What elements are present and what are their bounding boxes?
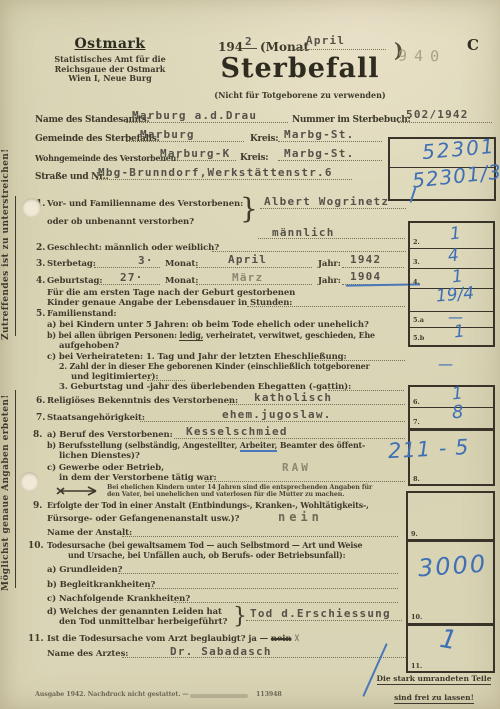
field-kreis1-label: Kreis:	[250, 134, 278, 144]
item5-no: 5.	[36, 309, 45, 319]
geburtstag-monat-typed: März	[232, 271, 263, 284]
agency-title: Ostmark	[26, 36, 194, 52]
line	[247, 306, 405, 307]
nationality-typed: ehem.jugoslaw.	[222, 408, 332, 421]
margin-rule-bottom	[15, 390, 16, 588]
item8-b2: lichen Dienstes)?	[59, 451, 140, 461]
form-title: Sterbefall	[205, 53, 395, 84]
arrow-note-line2: den Vater, bei unehelichen und vaterlose…	[107, 491, 344, 498]
item9-line2: Fürsorge- oder Gefangenenanstalt usw.)?	[47, 514, 239, 524]
line	[212, 251, 406, 252]
line	[260, 208, 406, 209]
line	[196, 284, 312, 285]
answer-box-6-7: 6. 7. 1 8	[408, 385, 495, 430]
box4-label: 4.	[413, 278, 420, 286]
line	[126, 122, 288, 123]
line	[118, 573, 398, 574]
line	[174, 602, 398, 603]
margin-note-bottom: Möglichst genaue Angaben erbeten!	[1, 386, 11, 591]
item10-d1: d) Welches der genannten Leiden hat	[47, 607, 222, 617]
line	[126, 141, 244, 142]
box-divider	[410, 327, 493, 328]
item8-b: b) Berufsstellung (selbständig, Angestel…	[47, 441, 365, 450]
box8-label: 8.	[413, 475, 420, 483]
item5-label: Familienstand:	[47, 309, 116, 319]
arrow-icon	[55, 485, 103, 497]
anstalt-answer-typed: nein	[278, 510, 323, 524]
item10-brace: }	[233, 604, 247, 629]
form-subtitle: (Nicht für Totgeborene zu verwenden)	[193, 90, 407, 100]
punch-hole-bottom	[20, 472, 39, 491]
box7-label: 7.	[413, 418, 420, 426]
line	[205, 481, 405, 482]
field-strasse-value: Mbg-Brunndorf,Werkstättenstr.6	[98, 166, 333, 179]
item10-b: b) Begleitkrankheiten?	[47, 580, 155, 590]
field-wohngemeinde-label: Wohngemeinde des Verstorbenen:	[35, 153, 179, 163]
monat-label: (Monat	[260, 40, 309, 54]
box8-value: 211 - 5	[387, 435, 470, 463]
box5a-label: 5.a	[413, 316, 424, 324]
death-cause-typed: Tod d.Erschiessung	[250, 607, 391, 620]
line	[278, 160, 382, 161]
line	[94, 284, 160, 285]
box6-label: 6.	[413, 398, 420, 406]
line	[246, 620, 402, 621]
sterbetag-jahr-typed: 1942	[350, 253, 381, 266]
box4b-value: 19/4	[435, 283, 475, 306]
field-gemeinde-value: Marburg	[140, 128, 195, 141]
item9-no: 9.	[33, 501, 42, 511]
item4-no: 4.	[36, 276, 45, 286]
item2-label: Geschlecht: männlich oder weiblich?	[47, 243, 219, 253]
field-kreis1-value: Marbg-St.	[284, 128, 354, 141]
item5-c3: und legitimierter):	[71, 372, 158, 382]
item3-no: 3.	[36, 259, 45, 269]
item3-jahr-label: Jahr:	[318, 259, 341, 269]
line	[196, 267, 312, 268]
punch-hole-top	[22, 198, 41, 217]
year-prefix: 194	[218, 40, 243, 54]
item9-anstalt-label: Name der Anstalt:	[47, 528, 132, 538]
line	[147, 380, 185, 381]
item1-line1: Vor- und Familienname des Verstorbenen:	[47, 199, 243, 209]
box5b-label: 5.b	[413, 334, 424, 342]
item10-c: c) Nachfolgende Krankheiten?	[47, 594, 190, 604]
doctor-name-typed: Dr. Sabadasch	[170, 645, 272, 658]
margin-rule-top	[15, 196, 16, 336]
line	[96, 179, 352, 180]
line	[140, 421, 405, 422]
line	[94, 267, 160, 268]
box9-label: 9.	[411, 530, 418, 538]
item8-a-label: a) Beruf des Verstorbenen:	[47, 430, 173, 440]
field-kreis2-value: Marbg-St.	[284, 147, 354, 160]
deceased-name-typed: Albert Wogrinetz	[264, 195, 389, 208]
item10-no: 10.	[28, 541, 44, 551]
item7-label: Staatsangehörigkeit:	[47, 413, 145, 423]
monat-line	[294, 49, 386, 50]
box7-value: 8	[451, 402, 464, 424]
box10-value: 3000	[417, 550, 488, 583]
field-sterbebuch-value: 502/1942	[406, 108, 469, 121]
item8-no: 8.	[33, 430, 42, 440]
field-standesamt-value: Marburg a.d.Drau	[132, 109, 257, 122]
line	[174, 438, 405, 439]
footer-note-line1: Die stark umrandeten Teile	[377, 674, 492, 685]
sex-value-typed: männlich	[272, 226, 335, 239]
item10-a: a) Grundleiden?	[47, 565, 122, 575]
line	[398, 122, 492, 123]
box10-label: 10.	[411, 613, 422, 621]
arrow-note-line1: Bei ehelichen Kindern unter 14 Jahren si…	[107, 484, 372, 491]
item5-b: b) bei allen übrigen Personen: ledig, ve…	[47, 331, 375, 340]
answer-box-2-5: 2. 3. 4. 5.a 5.b 1 4 1 19/4 — 1	[408, 221, 495, 347]
item11-question: Ist die Todesursache vom Arzt beglaubigt…	[47, 634, 299, 644]
imprint-number: 113948	[256, 691, 282, 698]
margin-note-top: Zutreffendes ist zu unterstreichen!	[1, 194, 11, 340]
betrieb-typed: RAW	[282, 461, 311, 474]
item7-no: 7.	[36, 413, 45, 423]
footer-note: Die stark umrandeten Teile sind frei zu …	[374, 666, 494, 704]
year-digit-typed: 2	[241, 35, 257, 49]
field-kreis2-label: Kreis:	[240, 153, 268, 163]
item1-brace: }	[240, 192, 258, 225]
box3-label: 3.	[413, 258, 420, 266]
line	[160, 160, 236, 161]
item8-c1: c) Gewerbe oder Betrieb,	[47, 463, 164, 473]
box2-label: 2.	[413, 238, 420, 246]
footer-note-line2: sind frei zu lassen!	[394, 693, 474, 704]
field-sterbebuch-label: Nummer im Sterbebuch:	[292, 115, 411, 125]
item6-label: Religiöses Bekenntnis des Verstorbenen:	[47, 396, 238, 406]
religion-typed: katholisch	[254, 391, 332, 404]
line	[307, 360, 405, 361]
death-record-form: Ostmark Statistisches Amt für die Reichs…	[0, 0, 500, 709]
line	[148, 588, 398, 589]
item5-c1: c) bei Verheirateten: 1. Tag und Jahr de…	[47, 352, 347, 362]
item6-no: 6.	[36, 396, 45, 406]
agency-block: Ostmark Statistisches Amt für die Reichs…	[26, 36, 194, 84]
item4-note1: Für die am ersten Tage nach der Geburt g…	[47, 288, 295, 298]
occupation-typed: Kesselschmied	[186, 425, 288, 438]
item10-line1: Todesursache (bei gewaltsamem Tod — auch…	[47, 541, 362, 550]
box5b-value: 1	[453, 321, 466, 342]
field-wohngemeinde-value: Marburg-K	[160, 147, 230, 160]
line	[342, 267, 404, 268]
stamp-number: 940	[398, 47, 446, 66]
item4-monat-label: Monat:	[165, 276, 198, 286]
item3-label: Sterbetag:	[47, 259, 96, 269]
item1-line2: oder ob unbenannt verstorben?	[47, 217, 194, 227]
line	[278, 141, 382, 142]
item11-arzt-label: Name des Arztes:	[47, 649, 128, 659]
item5-c2: 2. Zahl der in dieser Ehe geborenen Kind…	[59, 362, 370, 371]
item2-no: 2.	[36, 243, 45, 253]
agency-line3: Wien I, Neue Burg	[26, 74, 194, 84]
item5-a: a) bei Kindern unter 5 Jahren: ob beim T…	[47, 320, 369, 330]
answer-box-9: 9.	[406, 491, 495, 541]
imprint-smudge	[190, 694, 248, 698]
box2-value: 1	[449, 223, 462, 244]
item8-c2: in dem der Verstorbene tätig war:	[59, 473, 217, 483]
item5-b2: aufgehoben?	[59, 341, 119, 351]
item9-line1: Erfolgte der Tod in einer Anstalt (Entbi…	[47, 501, 369, 510]
item3-monat-label: Monat:	[165, 259, 198, 269]
sterbetag-monat-typed: April	[228, 253, 267, 266]
geburtstag-jahr-typed: 1904	[350, 270, 381, 283]
corner-letter: C	[467, 36, 479, 54]
sterbetag-day-typed: 3·	[138, 254, 154, 267]
imprint-text: Ausgabe 1942. Nachdruck nicht gestattet.…	[35, 691, 189, 698]
monat-value-typed: April	[306, 34, 345, 47]
dash-children-value: —	[438, 355, 453, 373]
line	[228, 404, 405, 405]
item11-no: 11.	[28, 634, 44, 644]
item4-jahr-label: Jahr:	[318, 276, 341, 286]
line	[328, 390, 404, 391]
geburtstag-day-typed: 27·	[120, 271, 143, 284]
box3-value: 4	[447, 245, 460, 266]
item10-d2: den Tod unmittelbar herbeigeführt?	[59, 617, 227, 627]
item10-line2: und Ursache, bei Unfällen auch, ob Beruf…	[68, 551, 345, 560]
line	[122, 536, 398, 537]
